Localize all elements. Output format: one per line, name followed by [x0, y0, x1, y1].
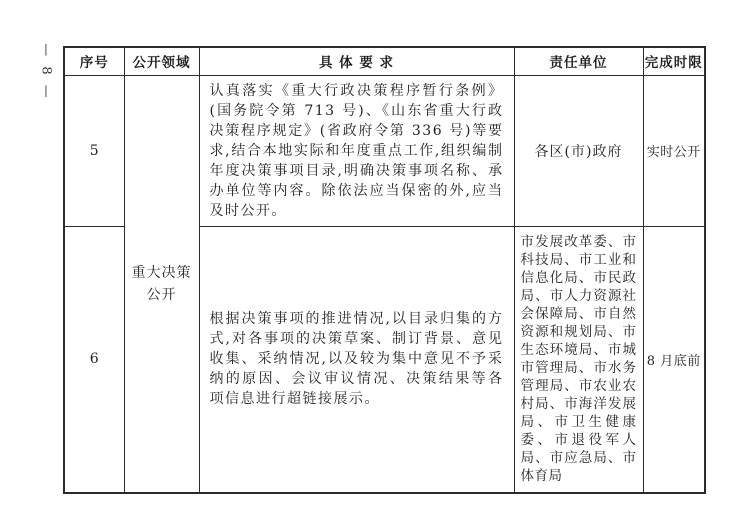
- document-page: — 8 — 序号 公开领域 具 体 要 求 责任单位 完成时限 5 重大决策公开…: [0, 0, 741, 518]
- header-index: 序号: [64, 47, 124, 75]
- header-requirement: 具 体 要 求: [199, 47, 514, 75]
- deadline-cell: 8 月底前: [643, 226, 705, 493]
- domain-cell-merged: 重大决策公开: [124, 75, 199, 493]
- header-unit: 责任单位: [514, 47, 643, 75]
- table-header-row: 序号 公开领域 具 体 要 求 责任单位 完成时限: [64, 47, 705, 75]
- index-cell: 5: [64, 75, 124, 226]
- table-row: 5 重大决策公开 认真落实《重大行政决策程序暂行条例》(国务院令第 713 号)…: [64, 75, 705, 226]
- requirement-cell: 根据决策事项的推进情况,以目录归集的方式,对各事项的决策草案、制订背景、意见收集…: [199, 226, 514, 493]
- unit-cell: 市发展改革委、市科技局、市工业和信息化局、市民政局、市人力资源社会保障局、市自然…: [514, 226, 643, 493]
- header-deadline: 完成时限: [643, 47, 705, 75]
- unit-cell: 各区(市)政府: [514, 75, 643, 226]
- deadline-cell: 实时公开: [643, 75, 705, 226]
- requirements-table: 序号 公开领域 具 体 要 求 责任单位 完成时限 5 重大决策公开 认真落实《…: [63, 46, 706, 494]
- index-cell: 6: [64, 226, 124, 493]
- requirement-cell: 认真落实《重大行政决策程序暂行条例》(国务院令第 713 号)、《山东省重大行政…: [199, 75, 514, 226]
- header-domain: 公开领域: [124, 47, 199, 75]
- page-number: — 8 —: [39, 43, 54, 101]
